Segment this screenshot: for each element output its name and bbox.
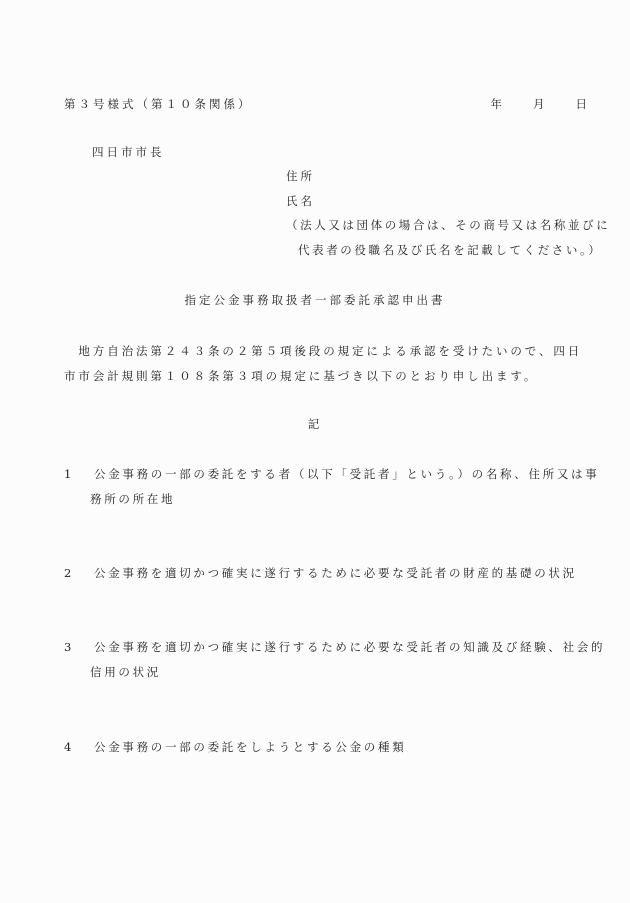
- body-text-line1: 地方自治法第２４３条の２第５項後段の規定による承認を受けたいので、四日: [64, 343, 582, 359]
- document-title: 指定公金事務取扱者一部委託承認申出書: [0, 292, 630, 308]
- addressee: 四日市市長: [92, 144, 165, 160]
- corporate-note-line1: （法人又は団体の場合は、その商号又は名称並びに: [286, 217, 610, 233]
- date-year: 年: [491, 97, 506, 111]
- item-3-continuation: 信用の状況: [90, 664, 161, 680]
- item-3: 3公金事務を適切かつ確実に遂行するために必要な受託者の知識及び経験、社会的: [64, 639, 605, 655]
- name-label: 氏名: [286, 193, 315, 209]
- body-text-line2: 市市会計規則第１０８条第３項の規定に基づき以下のとおり申し出ます。: [64, 368, 538, 384]
- address-label: 住所: [286, 168, 315, 184]
- ki-heading: 記: [0, 416, 630, 432]
- item-2: 2公金事務を適切かつ確実に遂行するために必要な受託者の財産的基礎の状況: [64, 565, 577, 581]
- corporate-note-line2: 代表者の役職名及び氏名を記載してください。）: [298, 242, 602, 258]
- item-1-continuation: 務所の所在地: [90, 491, 175, 507]
- date-day: 日: [576, 97, 591, 111]
- item-1: 1公金事務の一部の委託をする者（以下「受託者」という。）の名称、住所又は事: [64, 466, 599, 482]
- date-line: 年月日: [463, 96, 591, 112]
- date-month: 月: [533, 97, 548, 111]
- form-number: 第３号様式（第１０条関係）: [64, 96, 253, 112]
- item-4: 4公金事務の一部の委託をしようとする公金の種類: [64, 739, 406, 755]
